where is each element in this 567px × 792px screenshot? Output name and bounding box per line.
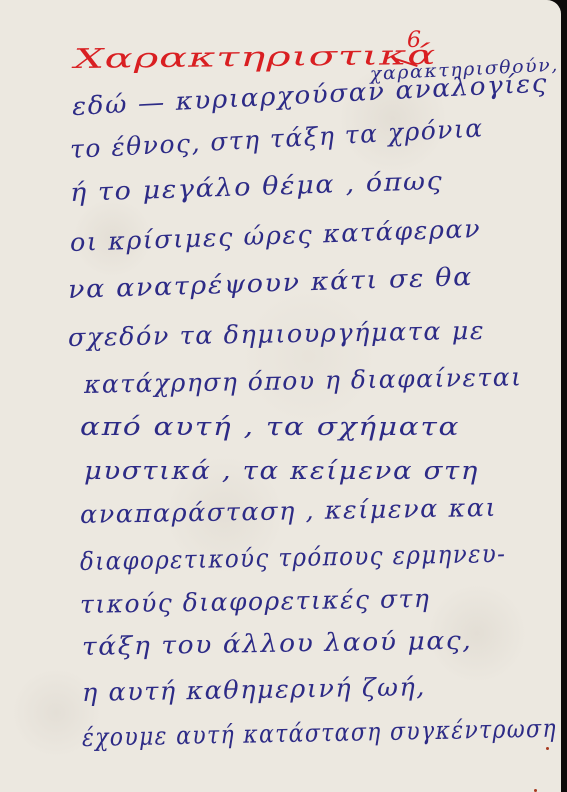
page-number: 6: [407, 28, 421, 53]
manuscript-page: Χαρακτηριστικά 6 χαρακτηρισθούν, εδώ — κ…: [0, 0, 561, 792]
line-5: να ανατρέψουν κάτι σε θα: [67, 262, 473, 304]
line-12: τικούς διαφορετικές στη: [80, 584, 431, 619]
line-2: το έθνος, στη τάξη τα χρόνια: [69, 113, 484, 164]
line-9: μυστικά , τα κείμενα στη: [84, 456, 479, 485]
scan-edge: [561, 0, 567, 792]
line-13: τάξη του άλλου λαού μας,: [82, 626, 473, 661]
line-3: ή το μεγάλο θέμα , όπως: [69, 166, 443, 207]
line-10: αναπαράσταση , κείμενα και: [80, 493, 498, 529]
line-6: σχεδόν τα δημιουργήματα με: [68, 316, 486, 352]
ink-speck: [546, 747, 549, 750]
line-8: από αυτή , τα σχήματα: [80, 412, 460, 441]
line-11: διαφορετικούς τρόπους ερμηνευ-: [80, 539, 507, 576]
line-14: η αυτή καθημερινή ζωή,: [82, 672, 426, 707]
line-4: οι κρίσιμες ώρες κατάφεραν: [69, 214, 481, 257]
line-15: έχουμε αυτή κατάσταση συγκέντρωση: [82, 714, 557, 752]
line-7: κατάχρηση όπου η διαφαίνεται: [84, 362, 523, 399]
